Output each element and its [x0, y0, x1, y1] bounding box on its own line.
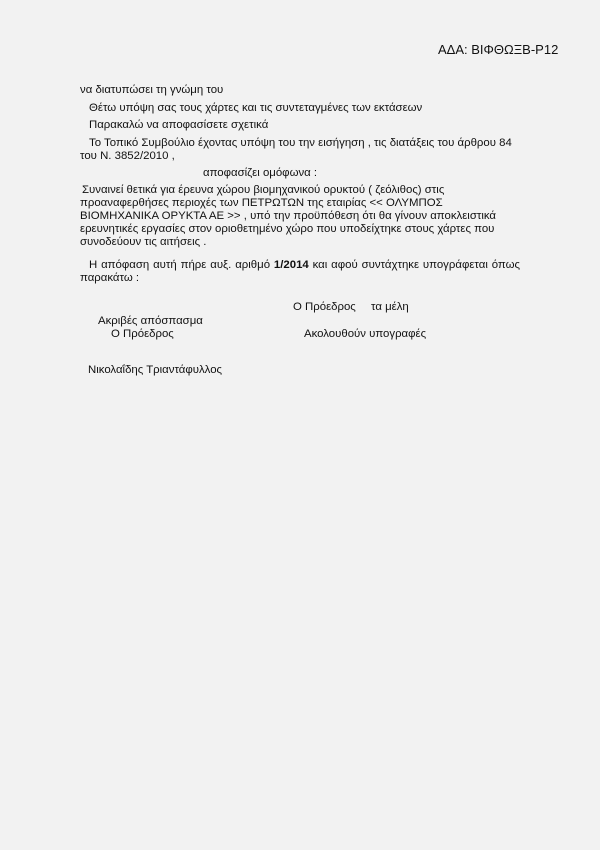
ada-code: ΑΔΑ: ΒΙΦΘΩΞΒ-Ρ12: [438, 42, 558, 57]
text-line-maps: Θέτω υπόψη σας τους χάρτες και τις συντε…: [89, 102, 422, 115]
members-label: τα μέλη: [371, 301, 409, 314]
president-label-left: Ο Πρόεδρος: [111, 328, 174, 341]
paragraph-decision: Συναινεί θετικά για έρευνα χώρου βιομηχα…: [80, 184, 520, 249]
president-label-right: Ο Πρόεδρος: [293, 301, 356, 314]
signatures-follow-label: Ακολουθούν υπογραφές: [304, 328, 426, 341]
paragraph-decision-text: Συναινεί θετικά για έρευνα χώρου βιομηχα…: [80, 184, 496, 248]
decides-heading: αποφασίζει ομόφωνα :: [203, 167, 317, 180]
text-line-opinion: να διατυπώσει τη γνώμη του: [80, 84, 223, 97]
president-name: Νικολαΐδης Τριαντάφυλλος: [88, 364, 222, 377]
decision-number-prefix: Η απόφαση αυτή πήρε αυξ. αριθμό: [80, 259, 274, 271]
paragraph-council: Το Τοπικό Συμβούλιο έχοντας υπόψη του τη…: [80, 137, 520, 163]
paragraph-decision-number: Η απόφαση αυτή πήρε αυξ. αριθμό 1/2014 κ…: [80, 259, 520, 285]
decision-number: 1/2014: [274, 259, 309, 271]
exact-copy-label: Ακριβές απόσπασμα: [98, 315, 203, 328]
paragraph-council-text: Το Τοπικό Συμβούλιο έχοντας υπόψη του τη…: [80, 137, 512, 162]
text-line-request: Παρακαλώ να αποφασίσετε σχετικά: [89, 119, 268, 132]
